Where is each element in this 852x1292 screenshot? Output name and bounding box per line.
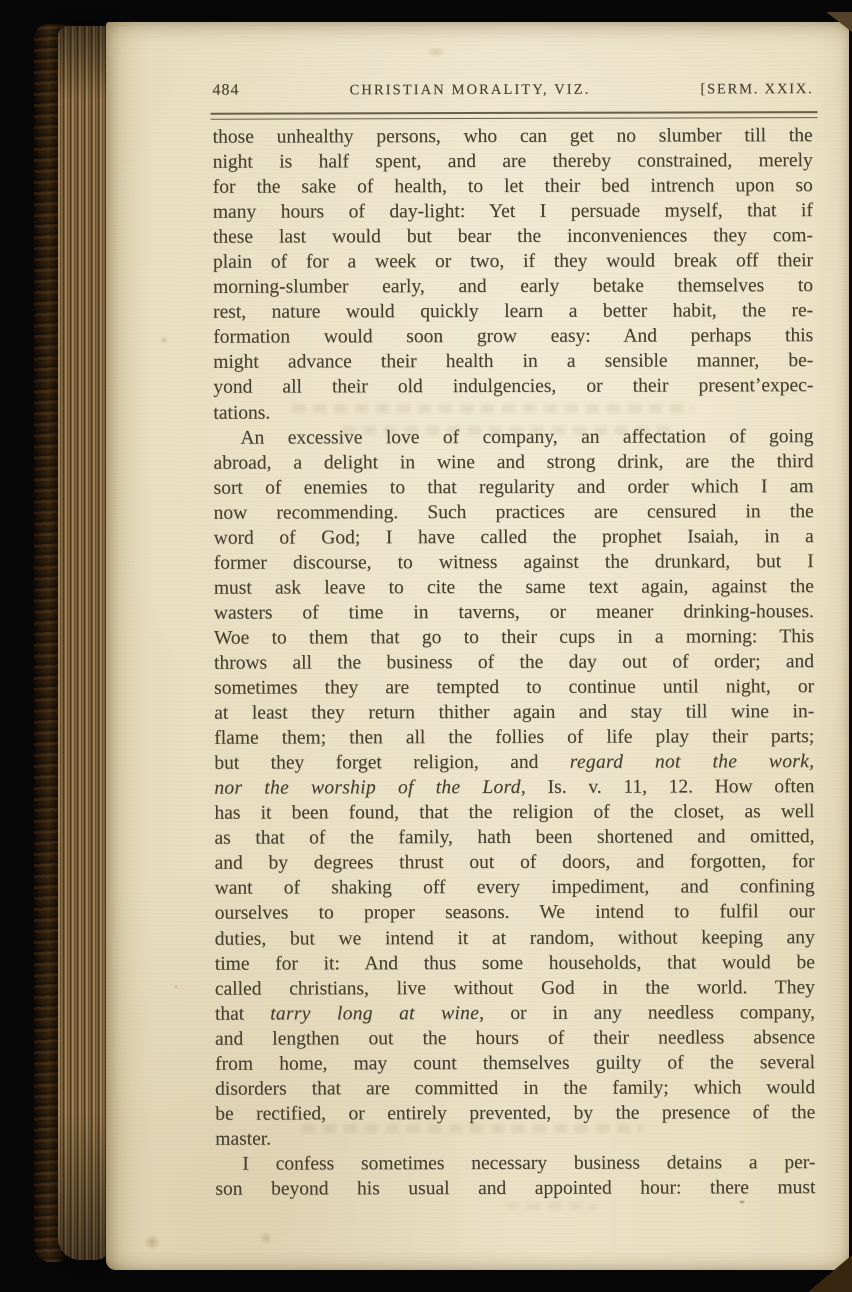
text-run: formation would soon grow easy: And perh…	[213, 325, 813, 348]
text-run: yond all their old indulgencies, or thei…	[213, 376, 813, 399]
text-run: from home, may count themselves guilty o…	[215, 1052, 815, 1075]
text-line: nor the worship of the Lord, Is. v. 11, …	[214, 774, 814, 801]
text-run: throws all the business of the day out o…	[214, 651, 814, 674]
text-run: former discourse, to witness against the…	[214, 551, 814, 574]
text-run: those unhealthy persons, who can get no …	[213, 125, 813, 148]
photograph-background: { "theme": { "background_color": "#07070…	[0, 0, 852, 1292]
text-run: disorders that are committed in the fami…	[215, 1077, 815, 1100]
text-run: want of shaking off every impediment, an…	[215, 877, 815, 900]
text-line: these last would but bear the inconvenie…	[213, 223, 813, 250]
text-run: Woe to them that go to their cups in a m…	[214, 626, 814, 649]
text-run: ourselves to proper seasons. We intend t…	[215, 902, 815, 925]
text-line: and by degrees thrust out of doors, and …	[215, 849, 815, 876]
text-run: many hours of day-light: Yet I persuade …	[213, 200, 813, 223]
text-line: that tarry long at wine, or in any needl…	[215, 1000, 815, 1027]
text-line: sometimes they are tempted to continue u…	[214, 674, 814, 701]
text-line: sort of enemies to that regularity and o…	[214, 474, 814, 501]
text-line: flame them; then all the follies of life…	[214, 724, 814, 751]
text-line: duties, but we intend it at random, with…	[215, 925, 815, 952]
text-run: An excessive love of company, an affecta…	[240, 426, 813, 449]
text-line: has it been found, that the religion of …	[214, 799, 814, 826]
text-run: duties, but we intend it at random, with…	[215, 927, 815, 950]
text-run: rest, nature would quickly learn a bette…	[213, 300, 813, 323]
text-line: An excessive love of company, an affecta…	[213, 424, 813, 451]
text-line: and lengthen out the hours of their need…	[215, 1025, 815, 1052]
sermon-number-label: [SERM. XXIX.	[700, 81, 813, 98]
text-run: night is half spent, and are thereby con…	[213, 150, 813, 173]
text-run: must ask leave to cite the same text aga…	[214, 576, 814, 599]
running-header: 484 CHRISTIAN MORALITY, VIZ. [SERM. XXIX…	[213, 80, 814, 100]
text-line: I confess sometimes necessary business d…	[215, 1150, 815, 1177]
text-run: at least they return thither again and s…	[214, 701, 814, 724]
text-line: must ask leave to cite the same text aga…	[214, 574, 814, 601]
text-line: might advance their health in a sensible…	[213, 349, 813, 376]
text-run: tations.	[213, 402, 270, 423]
text-run: abroad, a delight in wine and strong dri…	[213, 451, 813, 474]
text-line: Woe to them that go to their cups in a m…	[214, 624, 814, 651]
text-line: from home, may count themselves guilty o…	[215, 1050, 815, 1077]
text-run: but they forget religion, and	[214, 752, 570, 774]
book-page: 484 CHRISTIAN MORALITY, VIZ. [SERM. XXIX…	[106, 22, 849, 1270]
scripture-quotation: nor the worship of the Lord,	[214, 777, 526, 799]
text-run: sort of enemies to that regularity and o…	[214, 476, 814, 499]
text-run: word of God; I have called the prophet I…	[214, 526, 814, 549]
text-line: now recommending. Such practices are cen…	[214, 499, 814, 526]
text-run: and by degrees thrust out of doors, and …	[215, 851, 815, 874]
text-run: be rectified, or entirely prevented, by …	[215, 1102, 815, 1125]
text-line: formation would soon grow easy: And perh…	[213, 323, 813, 350]
scripture-quotation: regard not the work,	[570, 751, 815, 773]
text-run: and lengthen out the hours of their need…	[215, 1027, 815, 1050]
text-line: many hours of day-light: Yet I persuade …	[213, 198, 813, 225]
paragraph: those unhealthy persons, who can get no …	[213, 123, 814, 425]
text-run: might advance their health in a sensible…	[213, 351, 813, 374]
text-run: plain of for a week or two, if they woul…	[213, 250, 813, 273]
text-run: for the sake of health, to let their bed…	[213, 175, 813, 198]
paragraph: An excessive love of company, an affecta…	[213, 424, 815, 1152]
text-line: called christians, live without God in t…	[215, 975, 815, 1002]
text-line: rest, nature would quickly learn a bette…	[213, 298, 813, 325]
text-line: abroad, a delight in wine and strong dri…	[213, 449, 813, 476]
header-double-rule	[211, 111, 818, 119]
text-run: or in any needless company,	[484, 1002, 815, 1024]
text-run: sometimes they are tempted to continue u…	[214, 676, 814, 699]
text-line: at least they return thither again and s…	[214, 699, 814, 726]
text-run: now recommending. Such practices are cen…	[214, 501, 814, 524]
text-run: master.	[215, 1128, 271, 1149]
book-page-edges	[58, 26, 110, 1260]
text-line: yond all their old indulgencies, or thei…	[213, 374, 813, 401]
text-run: wasters of time in taverns, or meaner dr…	[214, 601, 814, 624]
text-line: time for it: And thus some households, t…	[215, 950, 815, 977]
text-run: as that of the family, hath been shorten…	[214, 826, 814, 849]
text-run: called christians, live without God in t…	[215, 977, 815, 1000]
text-line: wasters of time in taverns, or meaner dr…	[214, 599, 814, 626]
page-number: 484	[213, 82, 240, 100]
text-line: those unhealthy persons, who can get no …	[213, 123, 813, 150]
text-run: I confess sometimes necessary business d…	[242, 1152, 815, 1175]
text-run: these last would but bear the inconvenie…	[213, 225, 813, 248]
text-line: morning-slumber early, and early betake …	[213, 273, 813, 300]
text-line: former discourse, to witness against the…	[214, 549, 814, 576]
text-line: as that of the family, hath been shorten…	[214, 824, 814, 851]
text-line: word of God; I have called the prophet I…	[214, 524, 814, 551]
text-line: plain of for a week or two, if they woul…	[213, 248, 813, 275]
text-run: morning-slumber early, and early betake …	[213, 275, 813, 298]
text-line: ourselves to proper seasons. We intend t…	[215, 900, 815, 927]
text-run: that	[215, 1003, 270, 1024]
text-line: son beyond his usual and appointed hour:…	[215, 1175, 815, 1202]
page-print-area: 484 CHRISTIAN MORALITY, VIZ. [SERM. XXIX…	[104, 21, 850, 1271]
text-line: disorders that are committed in the fami…	[215, 1075, 815, 1102]
text-line: tations.	[213, 399, 813, 426]
text-line: throws all the business of the day out o…	[214, 649, 814, 676]
scripture-quotation: tarry long at wine,	[270, 1003, 484, 1025]
text-run: son beyond his usual and appointed hour:…	[215, 1177, 815, 1200]
running-title: CHRISTIAN MORALITY, VIZ.	[240, 81, 701, 99]
text-line: be rectified, or entirely prevented, by …	[215, 1100, 815, 1127]
text-run: time for it: And thus some households, t…	[215, 952, 815, 975]
text-run: Is. v. 11, 12. How often	[526, 776, 814, 798]
text-run: flame them; then all the follies of life…	[214, 726, 814, 749]
paragraph: I confess sometimes necessary business d…	[215, 1150, 815, 1202]
text-line: master.	[215, 1125, 815, 1152]
text-run: has it been found, that the religion of …	[214, 801, 814, 824]
text-line: night is half spent, and are thereby con…	[213, 148, 813, 175]
body-text: those unhealthy persons, who can get no …	[213, 123, 816, 1202]
text-line: for the sake of health, to let their bed…	[213, 173, 813, 200]
text-line: but they forget religion, and regard not…	[214, 749, 814, 776]
text-line: want of shaking off every impediment, an…	[215, 875, 815, 902]
